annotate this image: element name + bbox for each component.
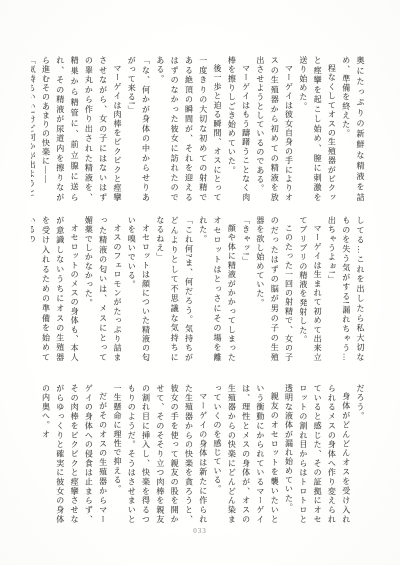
dialogue-paragraph: 「気持ちいい!けど何かが出ようと: [31, 56, 38, 202]
narrative-paragraph: 奥にたっぷりの新鮮な精液を詰め、準備を終えた。: [338, 56, 367, 202]
narrative-paragraph: だろう。: [353, 384, 367, 524]
narrative-paragraph: 程なくしてオスの生殖器がビクッと痙攣を起こし始め、膣に刺激を送り始めた。: [296, 56, 339, 202]
narrative-paragraph: してる…これを出したら私大切なものを失う気がする!漏れちゃう…出ちゃうよぉ!」: [324, 216, 367, 362]
scanned-book-page: 奥にたっぷりの新鮮な精液を詰め、準備を終えた。程なくしてオスの生殖器がビクッと痙…: [0, 0, 400, 565]
page-number: 033: [0, 527, 400, 535]
narrative-paragraph: オスのフェロモンがたっぷり詰まった精液の匂いは、メスにとって媚薬でしかなかった。: [81, 216, 124, 362]
narrative-paragraph: だがそのオスの生殖器からマーゲイの身体への侵食は止まらず、その肉棒をビクビクと痙…: [38, 384, 109, 524]
narrative-paragraph: マーゲイの身体は新たに作られた生殖器からの快楽を貪ろうと、彼女の手を使って親友の…: [110, 384, 210, 524]
narrative-paragraph: マーゲイは生まれて初めて出来立てブリブリの精液を発射した。: [296, 216, 325, 362]
narrative-paragraph: オセロットは顔についた精液の匂いを嗅いでいる。: [124, 216, 153, 362]
narrative-paragraph: 親友のオセロットを襲いたいという衝動にかられているマーゲイは、理性とメスの身体が…: [210, 384, 281, 524]
narrative-paragraph: 顔や体に精液がかかってしまったオセロットはとっさにその場を離れた。: [195, 216, 238, 362]
text-band-top: 奥にたっぷりの新鮮な精液を詰め、準備を終えた。程なくしてオスの生殖器がビクッと痙…: [31, 56, 367, 202]
narrative-paragraph: オセロットのメスの身体も、本人が意識しないうちにオスの生殖器を受け入れるための準…: [31, 216, 81, 362]
dialogue-paragraph: 「きゃッ!」: [238, 216, 252, 362]
narrative-paragraph: 後一歩と迫る瞬間、オスにとって一度きりの大切な初めての射精である絶頂の瞬間が、そ…: [153, 56, 224, 202]
narrative-paragraph: マーゲイは彼女自身の手によりオスの生殖器から初めての精液を放出させようとしている…: [253, 56, 296, 202]
text-band-middle: してる…これを出したら私大切なものを失う気がする!漏れちゃう…出ちゃうよぉ!」マ…: [31, 216, 367, 362]
dialogue-paragraph: 「な、何かが身体の中からせりあがって来る!」: [124, 56, 153, 202]
narrative-paragraph: このたった一回の射精で、女の子のだったはずの脳が男の子の生殖器を欲し始めていた。: [253, 216, 296, 362]
text-band-bottom: だろう。身体がどんどんオスを受け入れられるメスの身体へ作り変えられていると感じた…: [31, 384, 367, 524]
dialogue-paragraph: 「これ何?ま、何だろう。気持ちがどんよりとして不思議な気持ちになるねえ」: [153, 216, 196, 362]
narrative-paragraph: マーゲイはもう躊躇うことなく肉棒を擦りしごき始めていた。: [224, 56, 253, 202]
narrative-paragraph: 身体がどんどんオスを受け入れられるメスの身体へ作り変えられていると感じた、その証…: [281, 384, 352, 524]
narrative-paragraph: マーゲイは肉棒をビクビクと痙攣させながら、女の子にはないはずの睾丸から作り出され…: [38, 56, 124, 202]
